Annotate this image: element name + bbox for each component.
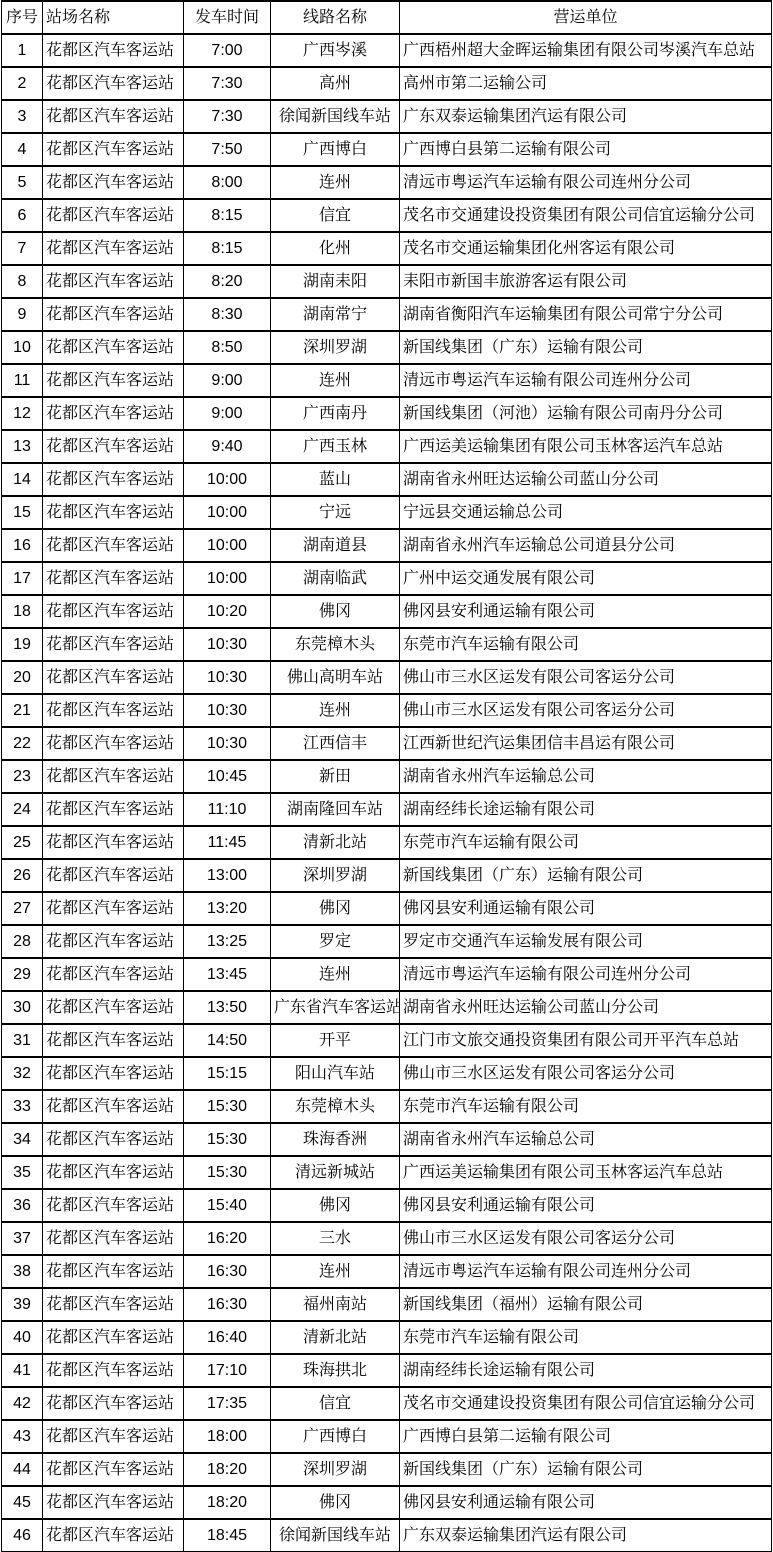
table-row: 23 花都区汽车客运站 10:45 新田 湖南省永州汽车运输总公司 [2, 760, 772, 793]
cell-time: 16:20 [184, 1222, 271, 1255]
cell-serial: 46 [2, 1519, 43, 1552]
cell-operator: 东莞市汽车运输有限公司 [400, 628, 772, 661]
cell-operator: 佛山市三水区运发有限公司客运分公司 [400, 694, 772, 727]
cell-serial: 25 [2, 826, 43, 859]
cell-route: 广东省汽车客运站 [271, 991, 400, 1024]
cell-serial: 8 [2, 265, 43, 298]
cell-time: 9:00 [184, 397, 271, 430]
cell-operator: 湖南省永州旺达运输公司蓝山分公司 [400, 463, 772, 496]
table-row: 32 花都区汽车客运站 15:15 阳山汽车站 佛山市三水区运发有限公司客运分公… [2, 1057, 772, 1090]
cell-route: 深圳罗湖 [271, 859, 400, 892]
cell-route: 清远新城站 [271, 1156, 400, 1189]
cell-time: 10:00 [184, 496, 271, 529]
cell-station: 花都区汽车客运站 [43, 892, 184, 925]
cell-serial: 11 [2, 364, 43, 397]
cell-route: 佛冈 [271, 1486, 400, 1519]
cell-serial: 20 [2, 661, 43, 694]
cell-serial: 29 [2, 958, 43, 991]
cell-operator: 清远市粤运汽车运输有限公司连州分公司 [400, 166, 772, 199]
cell-operator: 新国线集团（广东）运输有限公司 [400, 331, 772, 364]
cell-route: 连州 [271, 166, 400, 199]
cell-serial: 6 [2, 199, 43, 232]
cell-time: 8:00 [184, 166, 271, 199]
cell-time: 15:15 [184, 1057, 271, 1090]
cell-time: 8:15 [184, 232, 271, 265]
bus-schedule-page: 序号 站场名称 发车时间 线路名称 营运单位 1 花都区汽车客运站 7:00 广… [0, 0, 773, 1552]
table-row: 41 花都区汽车客运站 17:10 珠海拱北 湖南经纬长途运输有限公司 [2, 1354, 772, 1387]
cell-serial: 9 [2, 298, 43, 331]
cell-serial: 38 [2, 1255, 43, 1288]
cell-station: 花都区汽车客运站 [43, 1255, 184, 1288]
cell-route: 佛冈 [271, 595, 400, 628]
cell-route: 连州 [271, 364, 400, 397]
cell-station: 花都区汽车客运站 [43, 727, 184, 760]
cell-station: 花都区汽车客运站 [43, 430, 184, 463]
cell-time: 18:20 [184, 1486, 271, 1519]
cell-time: 16:30 [184, 1255, 271, 1288]
cell-route: 徐闻新国线车站 [271, 100, 400, 133]
cell-route: 福州南站 [271, 1288, 400, 1321]
cell-serial: 14 [2, 463, 43, 496]
cell-route: 信宜 [271, 199, 400, 232]
table-row: 35 花都区汽车客运站 15:30 清远新城站 广西运美运输集团有限公司玉林客运… [2, 1156, 772, 1189]
cell-time: 17:10 [184, 1354, 271, 1387]
cell-route: 连州 [271, 1255, 400, 1288]
cell-operator: 东莞市汽车运输有限公司 [400, 1090, 772, 1123]
bus-schedule-table: 序号 站场名称 发车时间 线路名称 营运单位 1 花都区汽车客运站 7:00 广… [1, 0, 772, 1552]
cell-route: 佛冈 [271, 1189, 400, 1222]
cell-operator: 广东双泰运输集团汽运有限公司 [400, 1519, 772, 1552]
cell-serial: 3 [2, 100, 43, 133]
cell-station: 花都区汽车客运站 [43, 958, 184, 991]
cell-time: 10:20 [184, 595, 271, 628]
cell-operator: 佛冈县安利通运输有限公司 [400, 1189, 772, 1222]
cell-station: 花都区汽车客运站 [43, 760, 184, 793]
cell-station: 花都区汽车客运站 [43, 925, 184, 958]
cell-serial: 30 [2, 991, 43, 1024]
cell-route: 珠海拱北 [271, 1354, 400, 1387]
cell-route: 徐闻新国线车站 [271, 1519, 400, 1552]
cell-serial: 5 [2, 166, 43, 199]
cell-time: 14:50 [184, 1024, 271, 1057]
cell-station: 花都区汽车客运站 [43, 232, 184, 265]
cell-route: 新田 [271, 760, 400, 793]
cell-station: 花都区汽车客运站 [43, 331, 184, 364]
table-row: 1 花都区汽车客运站 7:00 广西岑溪 广西梧州超大金晖运输集团有限公司岑溪汽… [2, 34, 772, 67]
header-time: 发车时间 [184, 1, 271, 34]
cell-operator: 新国线集团（福州）运输有限公司 [400, 1288, 772, 1321]
table-row: 16 花都区汽车客运站 10:00 湖南道县 湖南省永州汽车运输总公司道县分公司 [2, 529, 772, 562]
cell-route: 广西博白 [271, 133, 400, 166]
cell-serial: 2 [2, 67, 43, 100]
cell-station: 花都区汽车客运站 [43, 1354, 184, 1387]
header-operator: 营运单位 [400, 1, 772, 34]
table-row: 33 花都区汽车客运站 15:30 东莞樟木头 东莞市汽车运输有限公司 [2, 1090, 772, 1123]
cell-station: 花都区汽车客运站 [43, 1057, 184, 1090]
cell-station: 花都区汽车客运站 [43, 67, 184, 100]
cell-station: 花都区汽车客运站 [43, 1123, 184, 1156]
cell-serial: 35 [2, 1156, 43, 1189]
cell-time: 15:30 [184, 1156, 271, 1189]
cell-serial: 44 [2, 1453, 43, 1486]
table-row: 5 花都区汽车客运站 8:00 连州 清远市粤运汽车运输有限公司连州分公司 [2, 166, 772, 199]
table-row: 14 花都区汽车客运站 10:00 蓝山 湖南省永州旺达运输公司蓝山分公司 [2, 463, 772, 496]
table-row: 43 花都区汽车客运站 18:00 广西博白 广西博白县第二运输有限公司 [2, 1420, 772, 1453]
cell-serial: 17 [2, 562, 43, 595]
cell-serial: 31 [2, 1024, 43, 1057]
cell-time: 13:45 [184, 958, 271, 991]
cell-time: 17:35 [184, 1387, 271, 1420]
cell-route: 开平 [271, 1024, 400, 1057]
cell-time: 15:30 [184, 1090, 271, 1123]
cell-serial: 34 [2, 1123, 43, 1156]
cell-time: 18:00 [184, 1420, 271, 1453]
cell-operator: 新国线集团（河池）运输有限公司南丹分公司 [400, 397, 772, 430]
cell-time: 13:25 [184, 925, 271, 958]
table-row: 45 花都区汽车客运站 18:20 佛冈 佛冈县安利通运输有限公司 [2, 1486, 772, 1519]
table-row: 29 花都区汽车客运站 13:45 连州 清远市粤运汽车运输有限公司连州分公司 [2, 958, 772, 991]
cell-station: 花都区汽车客运站 [43, 562, 184, 595]
cell-serial: 27 [2, 892, 43, 925]
cell-time: 11:45 [184, 826, 271, 859]
cell-time: 10:30 [184, 727, 271, 760]
cell-station: 花都区汽车客运站 [43, 1189, 184, 1222]
cell-route: 湖南隆回车站 [271, 793, 400, 826]
table-row: 37 花都区汽车客运站 16:20 三水 佛山市三水区运发有限公司客运分公司 [2, 1222, 772, 1255]
cell-route: 佛山高明车站 [271, 661, 400, 694]
header-row: 序号 站场名称 发车时间 线路名称 营运单位 [2, 1, 772, 34]
cell-route: 湖南耒阳 [271, 265, 400, 298]
cell-time: 10:30 [184, 694, 271, 727]
table-row: 24 花都区汽车客运站 11:10 湖南隆回车站 湖南经纬长途运输有限公司 [2, 793, 772, 826]
cell-serial: 18 [2, 595, 43, 628]
cell-station: 花都区汽车客运站 [43, 166, 184, 199]
cell-station: 花都区汽车客运站 [43, 1156, 184, 1189]
cell-serial: 13 [2, 430, 43, 463]
table-row: 28 花都区汽车客运站 13:25 罗定 罗定市交通汽车运输发展有限公司 [2, 925, 772, 958]
table-row: 20 花都区汽车客运站 10:30 佛山高明车站 佛山市三水区运发有限公司客运分… [2, 661, 772, 694]
cell-serial: 1 [2, 34, 43, 67]
cell-operator: 广西梧州超大金晖运输集团有限公司岑溪汽车总站 [400, 34, 772, 67]
cell-serial: 12 [2, 397, 43, 430]
table-row: 4 花都区汽车客运站 7:50 广西博白 广西博白县第二运输有限公司 [2, 133, 772, 166]
cell-route: 罗定 [271, 925, 400, 958]
cell-serial: 39 [2, 1288, 43, 1321]
cell-operator: 佛山市三水区运发有限公司客运分公司 [400, 1057, 772, 1090]
table-row: 9 花都区汽车客运站 8:30 湖南常宁 湖南省衡阳汽车运输集团有限公司常宁分公… [2, 298, 772, 331]
table-row: 7 花都区汽车客运站 8:15 化州 茂名市交通运输集团化州客运有限公司 [2, 232, 772, 265]
cell-time: 18:45 [184, 1519, 271, 1552]
cell-operator: 罗定市交通汽车运输发展有限公司 [400, 925, 772, 958]
cell-time: 9:40 [184, 430, 271, 463]
cell-route: 东莞樟木头 [271, 628, 400, 661]
cell-station: 花都区汽车客运站 [43, 100, 184, 133]
cell-operator: 广州中运交通发展有限公司 [400, 562, 772, 595]
cell-station: 花都区汽车客运站 [43, 34, 184, 67]
cell-station: 花都区汽车客运站 [43, 595, 184, 628]
cell-station: 花都区汽车客运站 [43, 1321, 184, 1354]
cell-time: 16:30 [184, 1288, 271, 1321]
cell-time: 11:10 [184, 793, 271, 826]
cell-route: 深圳罗湖 [271, 1453, 400, 1486]
cell-operator: 江门市文旅交通投资集团有限公司开平汽车总站 [400, 1024, 772, 1057]
cell-serial: 36 [2, 1189, 43, 1222]
cell-route: 连州 [271, 958, 400, 991]
cell-route: 清新北站 [271, 826, 400, 859]
cell-station: 花都区汽车客运站 [43, 661, 184, 694]
cell-operator: 湖南省永州旺达运输公司蓝山分公司 [400, 991, 772, 1024]
cell-station: 花都区汽车客运站 [43, 364, 184, 397]
cell-time: 13:50 [184, 991, 271, 1024]
table-row: 40 花都区汽车客运站 16:40 清新北站 东莞市汽车运输有限公司 [2, 1321, 772, 1354]
cell-time: 10:30 [184, 628, 271, 661]
cell-serial: 15 [2, 496, 43, 529]
cell-operator: 茂名市交通运输集团化州客运有限公司 [400, 232, 772, 265]
cell-serial: 21 [2, 694, 43, 727]
cell-operator: 佛冈县安利通运输有限公司 [400, 892, 772, 925]
cell-operator: 佛山市三水区运发有限公司客运分公司 [400, 661, 772, 694]
cell-time: 7:30 [184, 100, 271, 133]
cell-route: 广西玉林 [271, 430, 400, 463]
cell-station: 花都区汽车客运站 [43, 1486, 184, 1519]
cell-operator: 新国线集团（广东）运输有限公司 [400, 1453, 772, 1486]
cell-station: 花都区汽车客运站 [43, 1288, 184, 1321]
cell-time: 8:30 [184, 298, 271, 331]
cell-operator: 广西博白县第二运输有限公司 [400, 133, 772, 166]
header-station: 站场名称 [43, 1, 184, 34]
table-row: 30 花都区汽车客运站 13:50 广东省汽车客运站 湖南省永州旺达运输公司蓝山… [2, 991, 772, 1024]
cell-operator: 湖南省永州汽车运输总公司道县分公司 [400, 529, 772, 562]
table-row: 34 花都区汽车客运站 15:30 珠海香洲 湖南省永州汽车运输总公司 [2, 1123, 772, 1156]
cell-operator: 佛山市三水区运发有限公司客运分公司 [400, 1222, 772, 1255]
cell-route: 化州 [271, 232, 400, 265]
cell-time: 8:50 [184, 331, 271, 364]
cell-station: 花都区汽车客运站 [43, 1222, 184, 1255]
cell-operator: 佛冈县安利通运输有限公司 [400, 1486, 772, 1519]
table-row: 6 花都区汽车客运站 8:15 信宜 茂名市交通建设投资集团有限公司信宜运输分公… [2, 199, 772, 232]
cell-operator: 东莞市汽车运输有限公司 [400, 826, 772, 859]
cell-station: 花都区汽车客运站 [43, 1387, 184, 1420]
cell-route: 佛冈 [271, 892, 400, 925]
cell-serial: 16 [2, 529, 43, 562]
cell-time: 8:20 [184, 265, 271, 298]
cell-route: 江西信丰 [271, 727, 400, 760]
cell-serial: 22 [2, 727, 43, 760]
cell-station: 花都区汽车客运站 [43, 397, 184, 430]
cell-operator: 湖南省永州汽车运输总公司 [400, 760, 772, 793]
cell-serial: 4 [2, 133, 43, 166]
cell-operator: 湖南经纬长途运输有限公司 [400, 1354, 772, 1387]
cell-time: 8:15 [184, 199, 271, 232]
cell-serial: 7 [2, 232, 43, 265]
cell-operator: 广西博白县第二运输有限公司 [400, 1420, 772, 1453]
cell-time: 10:00 [184, 529, 271, 562]
cell-station: 花都区汽车客运站 [43, 1090, 184, 1123]
cell-time: 15:30 [184, 1123, 271, 1156]
cell-serial: 19 [2, 628, 43, 661]
cell-station: 花都区汽车客运站 [43, 1420, 184, 1453]
table-row: 42 花都区汽车客运站 17:35 信宜 茂名市交通建设投资集团有限公司信宜运输… [2, 1387, 772, 1420]
cell-serial: 45 [2, 1486, 43, 1519]
cell-route: 高州 [271, 67, 400, 100]
cell-time: 10:00 [184, 562, 271, 595]
cell-serial: 32 [2, 1057, 43, 1090]
cell-station: 花都区汽车客运站 [43, 298, 184, 331]
cell-station: 花都区汽车客运站 [43, 1024, 184, 1057]
cell-station: 花都区汽车客运站 [43, 694, 184, 727]
cell-time: 10:30 [184, 661, 271, 694]
cell-route: 蓝山 [271, 463, 400, 496]
cell-serial: 23 [2, 760, 43, 793]
cell-serial: 33 [2, 1090, 43, 1123]
cell-route: 阳山汽车站 [271, 1057, 400, 1090]
cell-serial: 24 [2, 793, 43, 826]
cell-time: 15:40 [184, 1189, 271, 1222]
cell-serial: 28 [2, 925, 43, 958]
cell-time: 18:20 [184, 1453, 271, 1486]
cell-time: 13:20 [184, 892, 271, 925]
cell-time: 13:00 [184, 859, 271, 892]
table-row: 31 花都区汽车客运站 14:50 开平 江门市文旅交通投资集团有限公司开平汽车… [2, 1024, 772, 1057]
table-row: 39 花都区汽车客运站 16:30 福州南站 新国线集团（福州）运输有限公司 [2, 1288, 772, 1321]
table-body: 1 花都区汽车客运站 7:00 广西岑溪 广西梧州超大金晖运输集团有限公司岑溪汽… [2, 34, 772, 1552]
table-row: 11 花都区汽车客运站 9:00 连州 清远市粤运汽车运输有限公司连州分公司 [2, 364, 772, 397]
table-row: 18 花都区汽车客运站 10:20 佛冈 佛冈县安利通运输有限公司 [2, 595, 772, 628]
table-row: 2 花都区汽车客运站 7:30 高州 高州市第二运输公司 [2, 67, 772, 100]
cell-operator: 广东双泰运输集团汽运有限公司 [400, 100, 772, 133]
cell-station: 花都区汽车客运站 [43, 793, 184, 826]
cell-route: 广西岑溪 [271, 34, 400, 67]
cell-time: 10:45 [184, 760, 271, 793]
header-serial: 序号 [2, 1, 43, 34]
table-row: 10 花都区汽车客运站 8:50 深圳罗湖 新国线集团（广东）运输有限公司 [2, 331, 772, 364]
table-row: 21 花都区汽车客运站 10:30 连州 佛山市三水区运发有限公司客运分公司 [2, 694, 772, 727]
table-row: 19 花都区汽车客运站 10:30 东莞樟木头 东莞市汽车运输有限公司 [2, 628, 772, 661]
cell-serial: 42 [2, 1387, 43, 1420]
cell-route: 湖南常宁 [271, 298, 400, 331]
cell-route: 湖南临武 [271, 562, 400, 595]
cell-operator: 湖南省永州汽车运输总公司 [400, 1123, 772, 1156]
cell-operator: 新国线集团（广东）运输有限公司 [400, 859, 772, 892]
table-row: 22 花都区汽车客运站 10:30 江西信丰 江西新世纪汽运集团信丰昌运有限公司 [2, 727, 772, 760]
cell-operator: 东莞市汽车运输有限公司 [400, 1321, 772, 1354]
cell-station: 花都区汽车客运站 [43, 1519, 184, 1552]
table-row: 36 花都区汽车客运站 15:40 佛冈 佛冈县安利通运输有限公司 [2, 1189, 772, 1222]
cell-operator: 清远市粤运汽车运输有限公司连州分公司 [400, 364, 772, 397]
cell-operator: 清远市粤运汽车运输有限公司连州分公司 [400, 958, 772, 991]
table-row: 25 花都区汽车客运站 11:45 清新北站 东莞市汽车运输有限公司 [2, 826, 772, 859]
cell-time: 9:00 [184, 364, 271, 397]
cell-station: 花都区汽车客运站 [43, 265, 184, 298]
cell-serial: 10 [2, 331, 43, 364]
cell-route: 深圳罗湖 [271, 331, 400, 364]
cell-operator: 茂名市交通建设投资集团有限公司信宜运输分公司 [400, 199, 772, 232]
cell-station: 花都区汽车客运站 [43, 826, 184, 859]
cell-route: 信宜 [271, 1387, 400, 1420]
cell-operator: 佛冈县安利通运输有限公司 [400, 595, 772, 628]
cell-operator: 广西运美运输集团有限公司玉林客运汽车总站 [400, 430, 772, 463]
cell-route: 清新北站 [271, 1321, 400, 1354]
cell-route: 东莞樟木头 [271, 1090, 400, 1123]
cell-time: 7:30 [184, 67, 271, 100]
table-row: 17 花都区汽车客运站 10:00 湖南临武 广州中运交通发展有限公司 [2, 562, 772, 595]
cell-operator: 广西运美运输集团有限公司玉林客运汽车总站 [400, 1156, 772, 1189]
table-row: 26 花都区汽车客运站 13:00 深圳罗湖 新国线集团（广东）运输有限公司 [2, 859, 772, 892]
table-row: 27 花都区汽车客运站 13:20 佛冈 佛冈县安利通运输有限公司 [2, 892, 772, 925]
cell-route: 连州 [271, 694, 400, 727]
cell-operator: 湖南经纬长途运输有限公司 [400, 793, 772, 826]
cell-serial: 40 [2, 1321, 43, 1354]
cell-station: 花都区汽车客运站 [43, 628, 184, 661]
table-row: 3 花都区汽车客运站 7:30 徐闻新国线车站 广东双泰运输集团汽运有限公司 [2, 100, 772, 133]
cell-operator: 江西新世纪汽运集团信丰昌运有限公司 [400, 727, 772, 760]
cell-operator: 湖南省衡阳汽车运输集团有限公司常宁分公司 [400, 298, 772, 331]
cell-route: 广西博白 [271, 1420, 400, 1453]
cell-serial: 37 [2, 1222, 43, 1255]
cell-operator: 耒阳市新国丰旅游客运有限公司 [400, 265, 772, 298]
cell-route: 三水 [271, 1222, 400, 1255]
cell-operator: 高州市第二运输公司 [400, 67, 772, 100]
cell-station: 花都区汽车客运站 [43, 463, 184, 496]
cell-route: 广西南丹 [271, 397, 400, 430]
table-row: 38 花都区汽车客运站 16:30 连州 清远市粤运汽车运输有限公司连州分公司 [2, 1255, 772, 1288]
cell-station: 花都区汽车客运站 [43, 496, 184, 529]
cell-time: 7:00 [184, 34, 271, 67]
cell-route: 湖南道县 [271, 529, 400, 562]
cell-station: 花都区汽车客运站 [43, 529, 184, 562]
cell-serial: 41 [2, 1354, 43, 1387]
cell-operator: 茂名市交通建设投资集团有限公司信宜运输分公司 [400, 1387, 772, 1420]
table-row: 12 花都区汽车客运站 9:00 广西南丹 新国线集团（河池）运输有限公司南丹分… [2, 397, 772, 430]
table-row: 44 花都区汽车客运站 18:20 深圳罗湖 新国线集团（广东）运输有限公司 [2, 1453, 772, 1486]
cell-operator: 清远市粤运汽车运输有限公司连州分公司 [400, 1255, 772, 1288]
cell-station: 花都区汽车客运站 [43, 199, 184, 232]
cell-station: 花都区汽车客运站 [43, 991, 184, 1024]
cell-route: 珠海香洲 [271, 1123, 400, 1156]
header-route: 线路名称 [271, 1, 400, 34]
cell-time: 10:00 [184, 463, 271, 496]
cell-time: 16:40 [184, 1321, 271, 1354]
table-row: 15 花都区汽车客运站 10:00 宁远 宁远县交通运输总公司 [2, 496, 772, 529]
cell-route: 宁远 [271, 496, 400, 529]
cell-operator: 宁远县交通运输总公司 [400, 496, 772, 529]
cell-station: 花都区汽车客运站 [43, 859, 184, 892]
cell-station: 花都区汽车客运站 [43, 1453, 184, 1486]
cell-station: 花都区汽车客运站 [43, 133, 184, 166]
table-row: 8 花都区汽车客运站 8:20 湖南耒阳 耒阳市新国丰旅游客运有限公司 [2, 265, 772, 298]
table-row: 46 花都区汽车客运站 18:45 徐闻新国线车站 广东双泰运输集团汽运有限公司 [2, 1519, 772, 1552]
cell-serial: 43 [2, 1420, 43, 1453]
cell-time: 7:50 [184, 133, 271, 166]
cell-serial: 26 [2, 859, 43, 892]
table-row: 13 花都区汽车客运站 9:40 广西玉林 广西运美运输集团有限公司玉林客运汽车… [2, 430, 772, 463]
